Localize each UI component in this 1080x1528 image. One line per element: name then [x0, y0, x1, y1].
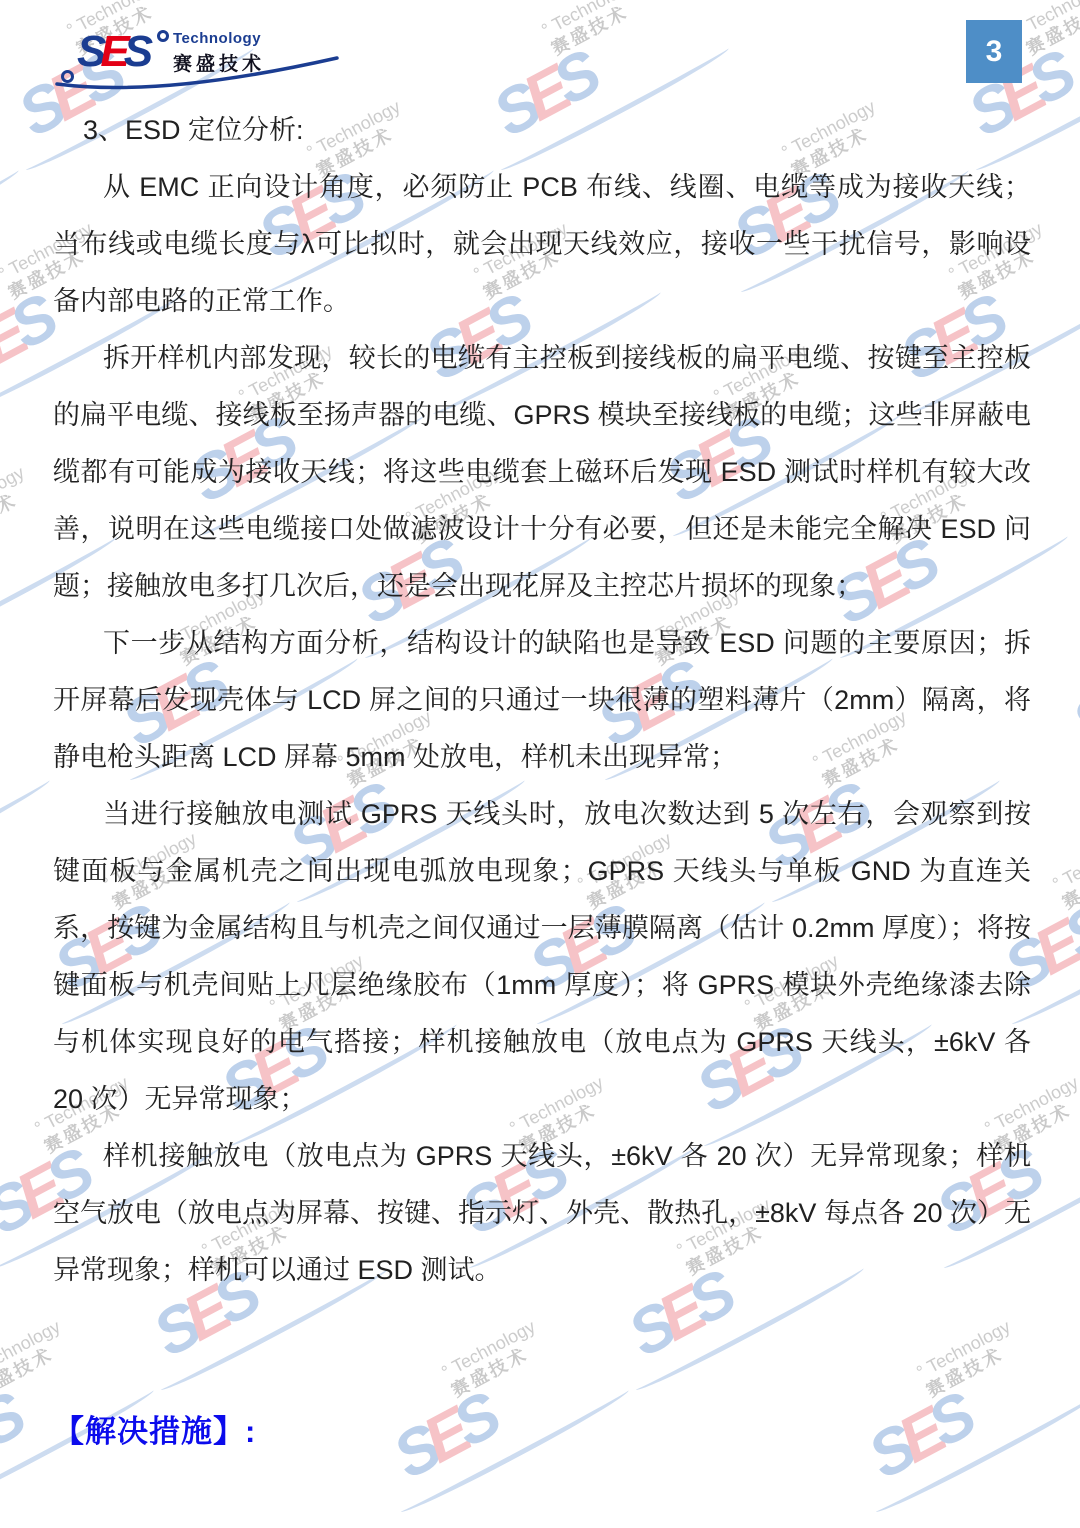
watermark-swoosh-icon: [0, 770, 53, 908]
logo-tagline: Technology: [173, 30, 265, 47]
solution-section-heading: 【解决措施】:: [53, 1411, 1031, 1453]
company-logo: SES Technology 赛盛技术: [55, 24, 365, 102]
paragraph: 下一步从结构方面分析，结构设计的缺陷也是导致 ESD 问题的主要原因；拆开屏幕后…: [53, 615, 1031, 786]
logo-degree-icon: [157, 30, 169, 42]
watermark-text: ° Technology赛盛技术: [0, 462, 38, 547]
paragraph: 当进行接触放电测试 GPRS 天线头时，放电次数达到 5 次左右，会观察到按键面…: [53, 786, 1031, 1128]
paragraph-container: 从 EMC 正向设计角度，必须防止 PCB 布线、线圈、电缆等成为接收天线；当布…: [53, 159, 1031, 1299]
paragraph: 样机接触放电（放电点为 GPRS 天线头，±6kV 各 20 次）无异常现象；样…: [53, 1128, 1031, 1299]
document-page: ° Technology赛盛技术SES° Technology赛盛技术SES° …: [0, 0, 1080, 1528]
paragraph: 从 EMC 正向设计角度，必须防止 PCB 布线、线圈、电缆等成为接收天线；当布…: [53, 159, 1031, 330]
logo-swoosh-icon: [55, 52, 345, 96]
page-number-badge: 3: [966, 20, 1022, 83]
page-header: SES Technology 赛盛技术 3: [0, 0, 1080, 112]
document-body: 3、ESD 定位分析: 从 EMC 正向设计角度，必须防止 PCB 布线、线圈、…: [53, 102, 1031, 1453]
paragraph: 拆开样机内部发现，较长的电缆有主控板到接线板的扁平电缆、按键至主控板的扁平电缆、…: [53, 330, 1031, 615]
watermark-ses-letters: SES: [1063, 653, 1080, 757]
